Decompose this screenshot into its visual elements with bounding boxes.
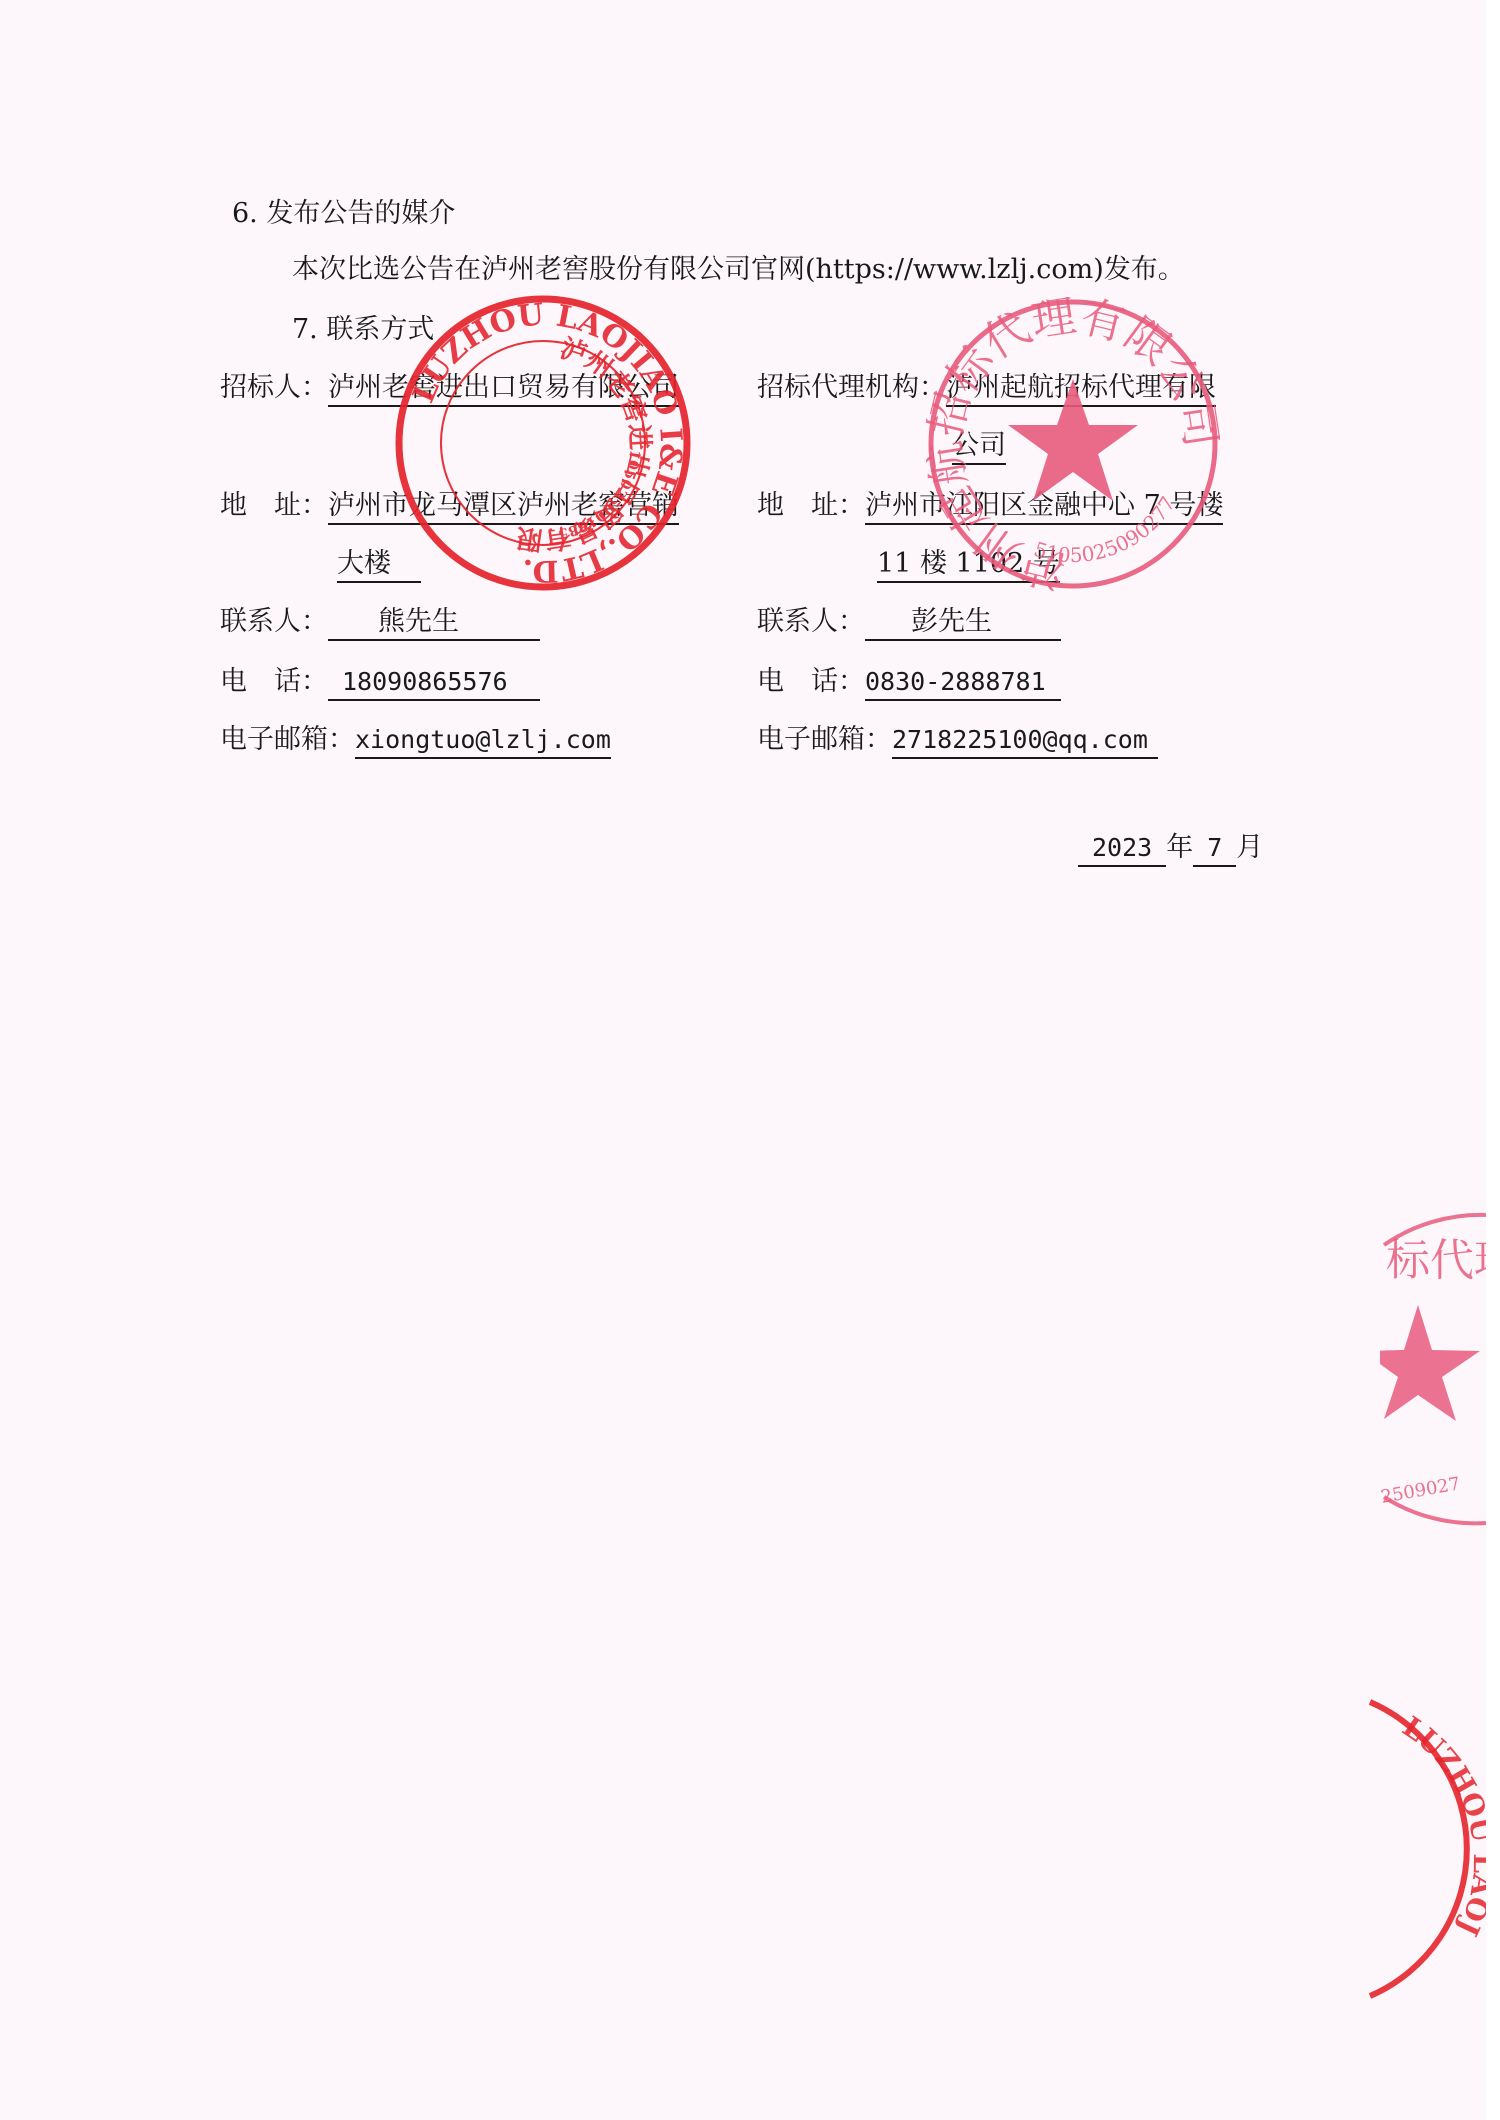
agency-email-label: 电子邮箱： [757,722,892,758]
svg-text:LUZHOU LAOJIAO I&E CO.,LTD.: LUZHOU LAOJIAO I&E CO.,LTD. [393,293,693,593]
tenderer-phone-row: 电 话：18090865576 [220,664,540,701]
edge-seal-2-text: LUZHOU LAOJ [1397,1710,1486,1941]
agency-email-row: 电子邮箱：2718225100@qq.com [757,722,1158,759]
agency-org-line1: 泸州起航招标代理有限 [946,371,1216,407]
agency-contact-label: 联系人： [757,604,865,640]
seal-1-outer-text: LUZHOU LAOJIAO I&E CO.,LTD. [393,293,693,593]
agency-phone-row: 电 话：0830-2888781 [757,664,1061,701]
tenderer-address-row: 地 址：泸州市龙马潭区泸州老窖营销 [220,488,679,525]
tenderer-org-row: 招标人：泸州老窖进出口贸易有限公司 [220,370,679,407]
agency-contact-value: 彭先生 [865,605,1061,641]
page-edge [1486,0,1500,2120]
seal-1-inner-text: 泸州老窖进出口贸易有限公司 [393,303,672,593]
tenderer-email-label: 电子邮箱： [220,722,355,758]
date-month: 7 [1193,831,1236,867]
tenderer-address-line2-row: 大楼 [337,546,421,583]
tenderer-phone-value: 18090865576 [328,665,540,701]
date-line: 2023年7月 [1078,830,1263,867]
agency-address-line1: 泸州市江阳区金融中心 7 号楼 [865,489,1223,525]
section-6-body: 本次比选公告在泸州老窖股份有限公司官网(https://www.lzlj.com… [292,252,1185,288]
tenderer-phone-label: 电 话： [220,664,328,700]
edge-seal-text: 标代理 [1386,1235,1486,1286]
agency-contact-row: 联系人：彭先生 [757,604,1061,641]
agency-address-line2-row: 11 楼 1102 号 [877,546,1060,583]
agency-org-line2: 公司 [952,429,1006,465]
agency-org-line2-row: 公司 [952,428,1006,465]
svg-text:泸州老窖进出口贸易有限公司: 泸州老窖进出口贸易有限公司 [393,303,672,593]
tenderer-email-value[interactable]: xiongtuo@lzlj.com [355,723,611,759]
agency-phone-value: 0830-2888781 [865,665,1061,701]
agency-org-row: 招标代理机构：泸州起航招标代理有限 [757,370,1216,407]
tenderer-contact-label: 联系人： [220,604,328,640]
edge-tenderer-seal-fragment: LUZHOU LAOJ [1340,1690,1486,2010]
tenderer-address-label: 地 址： [220,488,328,524]
agency-email-value[interactable]: 2718225100@qq.com [892,723,1158,759]
tenderer-contact-value: 熊先生 [328,605,540,641]
tenderer-address-line1: 泸州市龙马潭区泸州老窖营销 [328,489,679,525]
tenderer-org-label: 招标人： [220,370,328,406]
section-7-heading: 7. 联系方式 [292,312,434,348]
agency-org-label: 招标代理机构： [757,370,946,406]
tenderer-address-line2: 大楼 [337,547,421,583]
agency-address-row: 地 址：泸州市江阳区金融中心 7 号楼 [757,488,1223,525]
agency-phone-label: 电 话： [757,664,865,700]
date-year-suffix: 年 [1166,832,1193,863]
svg-text:LUZHOU LAOJ: LUZHOU LAOJ [1397,1710,1486,1941]
star-icon [1380,1305,1480,1421]
section-6-heading: 6. 发布公告的媒介 [232,196,455,232]
tenderer-contact-row: 联系人：熊先生 [220,604,540,641]
tenderer-email-row: 电子邮箱：xiongtuo@lzlj.com [220,722,611,759]
date-year: 2023 [1078,831,1166,867]
agency-address-line2: 11 楼 1102 号 [877,547,1060,583]
agency-address-label: 地 址： [757,488,865,524]
tenderer-org-value: 泸州老窖进出口贸易有限公司 [328,371,679,407]
edge-agency-seal-fragment: 标代理 2509027 [1380,1205,1486,1535]
edge-seal-code: 2509027 [1380,1473,1462,1508]
date-month-suffix: 月 [1236,832,1263,863]
tenderer-company-seal: LUZHOU LAOJIAO I&E CO.,LTD. 510502500188… [393,293,693,593]
